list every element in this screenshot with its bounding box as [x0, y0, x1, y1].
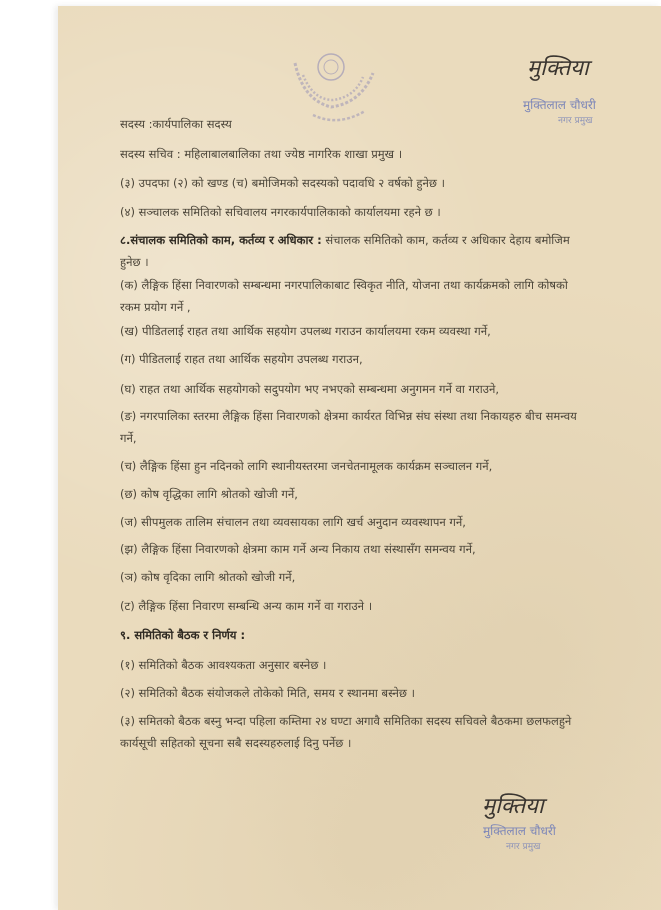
- section-9-heading: ९. समितिको बैठक र निर्णय :: [120, 624, 245, 646]
- item-chha: (छ) कोष वृद्धिका लागि श्रोतको खोजी गर्ने…: [120, 483, 298, 505]
- bottom-signature-name: मुक्तिलाल चौधरी: [483, 822, 556, 839]
- item-ga: (ग) पीडितलाई राहत तथा आर्थिक सहयोग उपलब्…: [120, 348, 363, 370]
- meeting-clause-2: (२) समितिको बैठक संयोजकले तोकेको मिति, स…: [120, 682, 415, 704]
- bottom-signature-title: नगर प्रमुख: [506, 839, 540, 852]
- section-8: ८.संचालक समितिको काम, कर्तव्य र अधिकार :…: [120, 229, 580, 273]
- item-gha: (घ) राहत तथा आर्थिक सहयोगको सदुपयोग भए न…: [120, 378, 499, 400]
- bottom-signature: मुक्तिया: [482, 790, 544, 820]
- section-8-heading: ८.संचालक समितिको काम, कर्तव्य र अधिकार :: [120, 233, 322, 247]
- item-ta: (ट) लैङ्गिक हिंसा निवारण सम्बन्धि अन्य क…: [120, 595, 372, 617]
- item-jha: (झ) लैङ्गिक हिंसा निवारणको क्षेत्रमा काम…: [120, 538, 476, 560]
- item-kha: (ख) पीडितलाई राहत तथा आर्थिक सहयोग उपलब्…: [120, 320, 491, 342]
- meeting-clause-3: (३) समितको बैठक बस्नु भन्दा पहिला कम्तिम…: [120, 710, 580, 754]
- top-signature-title: नगर प्रमुख: [558, 113, 592, 126]
- item-ja: (ज) सीपमुलक तालिम संचालन तथा व्यवसायका ल…: [120, 511, 466, 533]
- meeting-clause-1: (१) समितिको बैठक आवश्यकता अनुसार बस्नेछ …: [120, 654, 326, 676]
- item-ka: (क) लैङ्गिक हिंसा निवारणको सम्बन्धमा नगर…: [120, 274, 580, 318]
- member-secretary-line: सदस्य सचिव : महिलाबालबालिका तथा ज्येष्ठ …: [120, 143, 402, 165]
- top-signature-name: मुक्तिलाल चौधरी: [523, 96, 596, 113]
- item-nya: (ञ) कोष वृदिका लागि श्रोतको खोजी गर्ने,: [120, 566, 295, 588]
- item-cha: (च) लैङ्गिक हिंसा हुन नदिनको लागि स्थानी…: [120, 455, 492, 477]
- clause-4: (४) सञ्चालक समितिको सचिवालय नगरकार्यपालि…: [120, 201, 441, 223]
- item-nga: (ङ) नगरपालिका स्तरमा लैङ्गिक हिंसा निवार…: [120, 405, 580, 449]
- clause-3: (३) उपदफा (२) को खण्ड (च) बमोजिमको सदस्य…: [120, 172, 445, 194]
- members-line: सदस्य :कार्यपालिका सदस्य: [120, 113, 232, 135]
- top-signature: मुक्तिया: [527, 52, 589, 82]
- official-stamp: [283, 45, 383, 125]
